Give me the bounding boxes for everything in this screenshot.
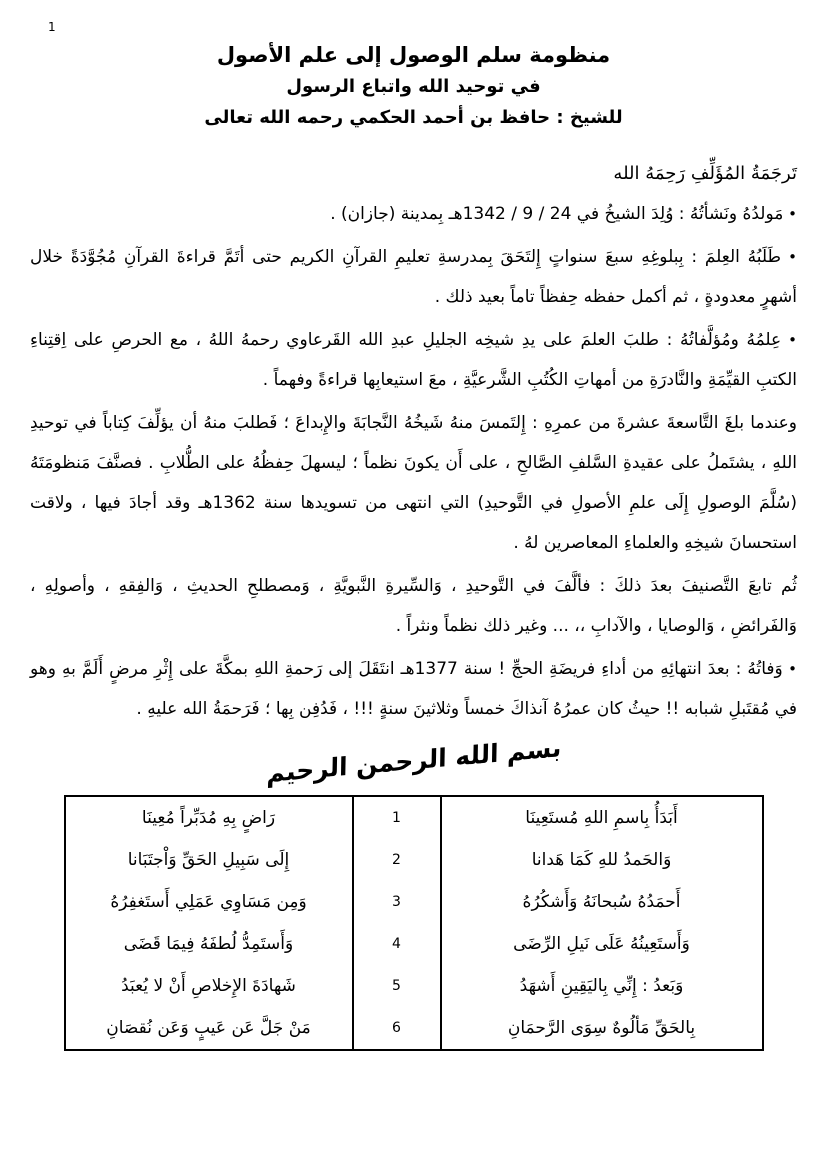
verse-number: 3 (352, 881, 442, 923)
bio-paragraph-text: وَفاتُهُ : بعدَ انتهائِهِ من أداءِ فريضَ… (30, 659, 797, 719)
verse-second-hemistich: وَمِن مَسَاوِي عَمَلِي أَستَغفِرُهُ (66, 881, 352, 923)
verse-number: 6 (352, 1007, 442, 1049)
verse-first-hemistich: أَبَدَأُ بِاسمِ اللهِ مُستَعِينَا (442, 797, 762, 839)
verse-first-hemistich: وَبَعدُ : إِنِّي بِاليَقِينِ أَشهَدُ (442, 965, 762, 1007)
verse-number: 2 (352, 839, 442, 881)
verse-first-hemistich: وَأَستَعِينُهُ عَلَى نَيلِ الرِّضَى (442, 923, 762, 965)
poem-table: أَبَدَأُ بِاسمِ اللهِ مُستَعِينَا 1 رَاض… (64, 795, 764, 1051)
bio-paragraph: وعندما بلغَ التَّاسعةَ عشرةَ من عمرِهِ :… (30, 403, 797, 563)
verse-first-hemistich: وَالحَمدُ للهِ كَمَا هَدانا (442, 839, 762, 881)
document-title: منظومة سلم الوصول إلى علم الأصول (30, 38, 797, 72)
verse-first-hemistich: أَحمَدُهُ سُبحانَهُ وَأَشكُرُهُ (442, 881, 762, 923)
bio-paragraph: ثُم تابعَ التَّصنيفَ بعدَ ذلكَ : فألَّفَ… (30, 566, 797, 646)
verse-number: 5 (352, 965, 442, 1007)
bio-paragraph-text: عِلمُهُ ومُؤلَّفاتُهُ : طلبَ العلمَ على … (30, 330, 797, 390)
page-content: منظومة سلم الوصول إلى علم الأصول في توحي… (0, 0, 827, 1169)
bullet-marker: • (781, 331, 797, 349)
bio-paragraph: • مَولدُهُ ونَشأتُهُ : وُلِدَ الشيخُ في … (30, 194, 797, 234)
verse-second-hemistich: وَأَستَمِدُّ لُطفَهُ فِيمَا قَضَى (66, 923, 352, 965)
bio-paragraph: • وَفاتُهُ : بعدَ انتهائِهِ من أداءِ فري… (30, 649, 797, 729)
bio-paragraph-text: وعندما بلغَ التَّاسعةَ عشرةَ من عمرِهِ :… (30, 413, 797, 553)
verse-number: 4 (352, 923, 442, 965)
bullet-marker: • (781, 248, 797, 266)
bullet-marker: • (783, 205, 797, 223)
bullet-marker: • (783, 660, 797, 678)
verse-second-hemistich: إِلَى سَبِيلِ الحَقِّ وَاْجتَبَانا (66, 839, 352, 881)
verse-number: 1 (352, 797, 442, 839)
document-subtitle: في توحيد الله واتباع الرسول (30, 72, 797, 102)
basmala-block: بسم الله الرحمن الرحيم (30, 733, 797, 789)
verse-second-hemistich: رَاضٍ بِهِ مُدَبِّراً مُعِينَا (66, 797, 352, 839)
basmala-calligraphy: بسم الله الرحمن الرحيم (266, 720, 562, 802)
title-block: منظومة سلم الوصول إلى علم الأصول في توحي… (30, 38, 797, 134)
bio-paragraph-text: ثُم تابعَ التَّصنيفَ بعدَ ذلكَ : فألَّفَ… (30, 576, 797, 636)
bio-paragraph-text: مَولدُهُ ونَشأتُهُ : وُلِدَ الشيخُ في 24… (330, 204, 783, 224)
bio-paragraph: • طَلَبُهُ العِلمَ : بِبلوغِهِ سبعَ سنوا… (30, 237, 797, 317)
document-author-line: للشيخ : حافظ بن أحمد الحكمي رحمه الله تع… (30, 102, 797, 134)
document-page: 1 منظومة سلم الوصول إلى علم الأصول في تو… (0, 0, 827, 1169)
biography-section: • مَولدُهُ ونَشأتُهُ : وُلِدَ الشيخُ في … (30, 194, 797, 729)
biography-heading: تَرجَمَةُ المُؤَلِّفِ رَحِمَهُ الله (30, 154, 797, 194)
bio-paragraph: • عِلمُهُ ومُؤلَّفاتُهُ : طلبَ العلمَ عل… (30, 320, 797, 400)
verse-second-hemistich: مَنْ جَلَّ عَن عَيبٍ وَعَن نُقصَانِ (66, 1007, 352, 1049)
bio-paragraph-text: طَلَبُهُ العِلمَ : بِبلوغِهِ سبعَ سنواتٍ… (30, 247, 797, 307)
verse-second-hemistich: شَهادَةَ الإِخلاصِ أَنْ لا يُعبَدُ (66, 965, 352, 1007)
verse-first-hemistich: بِالحَقِّ مَألُوهٌ سِوَى الرَّحمَانِ (442, 1007, 762, 1049)
